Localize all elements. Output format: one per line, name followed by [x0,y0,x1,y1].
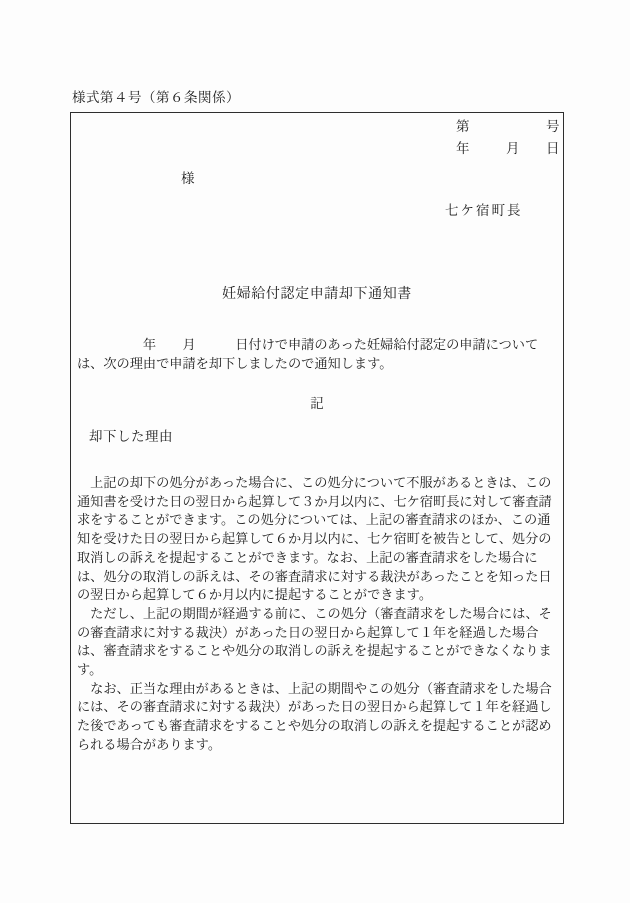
appeal-paragraph-deadline: ただし、上記の期間が経過する前に、この処分（審査請求をした場合には、その審査請求… [77,605,561,680]
appeal-paragraph-review-request: 上記の却下の処分があった場合に、この処分について不服があるときは、この通知書を受… [77,474,561,605]
date-month-label: 月 [506,142,520,156]
addressee-honorific: 様 [181,167,195,187]
appeal-instructions: 上記の却下の処分があった場合に、この処分について不服があるときは、この通知書を受… [77,474,561,755]
rejection-reason-label: 却下した理由 [89,425,173,445]
ki-heading: 記 [71,392,563,412]
form-number-label: 様式第４号（第６条関係） [72,86,240,106]
doc-number-prefix: 第 [456,120,470,134]
doc-number-suffix: 号 [546,120,560,134]
date-day-label: 日 [546,142,560,156]
sender-title: 七ケ宿町長 [445,199,523,219]
document-page: 様式第４号（第６条関係） 第 号 年 月 日 様 七ケ宿町長 妊婦給付認定申請却… [0,0,630,903]
intro-paragraph: 年 月 日付けで申請のあった妊婦給付認定の申請については、次の理由で申請を却下し… [77,335,561,373]
appeal-paragraph-exception: なお、正当な理由があるときは、上記の期間やこの処分（審査請求をした場合には、その… [77,680,561,755]
document-title: 妊婦給付認定申請却下通知書 [71,283,563,303]
date-year-label: 年 [456,142,470,156]
document-border-box: 第 号 年 月 日 様 七ケ宿町長 妊婦給付認定申請却下通知書 年 月 日付けで… [70,112,564,824]
